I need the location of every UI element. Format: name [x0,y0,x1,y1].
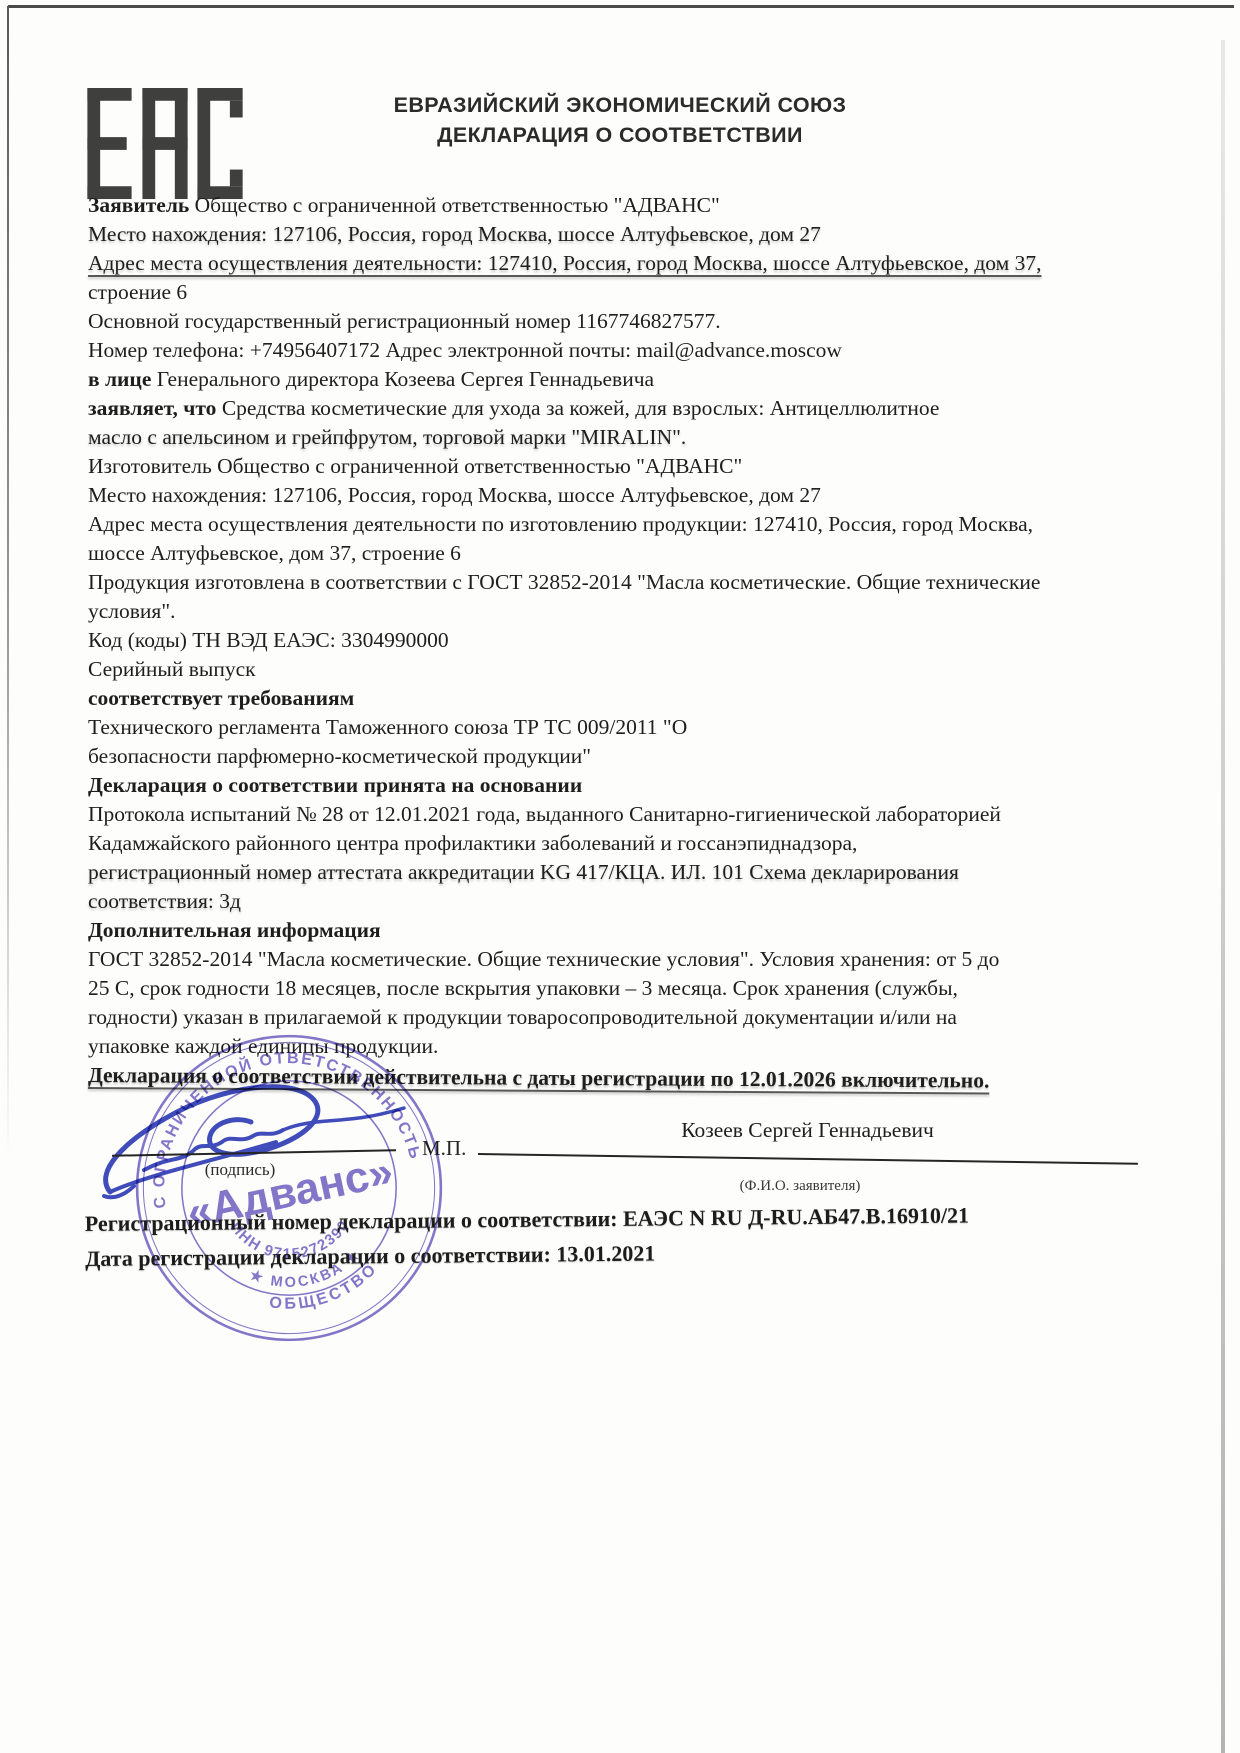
body-text: Заявитель Общество с ограниченной ответс… [88,191,1166,1090]
body-line: Место нахождения: 127106, Россия, город … [88,481,1166,510]
body-line: соответствует требованиям [88,684,1166,713]
body-line: Дополнительная информация [88,916,1166,945]
body-line: масло с апельсином и грейпфрутом, торгов… [88,423,1166,452]
body-line: Протокола испытаний № 28 от 12.01.2021 г… [88,800,1166,829]
body-line: условия". [88,597,1166,626]
footer: Регистрационный номер декларации о соотв… [85,1195,1191,1276]
body-line: Адрес места осуществления деятельности: … [88,249,1166,278]
body-line: Код (коды) ТН ВЭД ЕАЭС: 3304990000 [88,626,1166,655]
body-line: безопасности парфюмерно-косметической пр… [88,742,1166,771]
body-line: Технического регламента Таможенного союз… [88,713,1166,742]
body-line: Декларация о соответствии принята на осн… [88,771,1166,800]
body-line: годности) указан в прилагаемой к продукц… [88,1003,1166,1032]
body-line: в лице Генерального директора Козеева Се… [88,365,1166,394]
scan-edge-top [8,5,1234,8]
body-line: Серийный выпуск [88,655,1166,684]
body-line: Изготовитель Общество с ограниченной отв… [88,452,1166,481]
title-line-2: ДЕКЛАРАЦИЯ О СООТВЕТСТВИИ [300,120,940,150]
body-line: ГОСТ 32852-2014 "Масла косметические. Об… [88,945,1166,974]
company-stamp: С ОГРАНИЧЕННОЙ ОТВЕТСТВЕННОСТЬЮ ОБЩЕСТВО… [104,1003,474,1373]
scan-edge-right [1221,40,1225,1753]
body-line: шоссе Алтуфьевское, дом 37, строение 6 [88,539,1166,568]
eac-logo [86,88,246,201]
declarant-name: Козеев Сергей Геннадьевич [480,1118,1135,1143]
body-line: Кадамжайского районного центра профилакт… [88,829,1166,858]
body-line: соответствия: 3д [88,887,1166,916]
title-line-1: ЕВРАЗИЙСКИЙ ЭКОНОМИЧЕСКИЙ СОЮЗ [300,90,940,120]
document-title: ЕВРАЗИЙСКИЙ ЭКОНОМИЧЕСКИЙ СОЮЗ ДЕКЛАРАЦИ… [300,90,940,150]
body-line: Место нахождения: 127106, Россия, город … [88,220,1166,249]
declarant-name-line [478,1153,1138,1165]
body-line: заявляет, что Средства косметические для… [88,394,1166,423]
body-line: Номер телефона: +74956407172 Адрес элект… [88,336,1166,365]
body-line: строение 6 [88,278,1166,307]
body-line: Адрес места осуществления деятельности п… [88,510,1166,539]
body-line: Основной государственный регистрационный… [88,307,1166,336]
scan-edge-left [7,6,9,1156]
body-line: Продукция изготовлена в соответствии с Г… [88,568,1166,597]
declaration-page: ЕВРАЗИЙСКИЙ ЭКОНОМИЧЕСКИЙ СОЮЗ ДЕКЛАРАЦИ… [0,0,1240,1753]
body-line: Заявитель Общество с ограниченной ответс… [88,191,1166,220]
body-line: 25 С, срок годности 18 месяцев, после вс… [88,974,1166,1003]
declarant-caption: (Ф.И.О. заявителя) [480,1178,1120,1195]
body-line: регистрационный номер аттестата аккредит… [88,858,1166,887]
